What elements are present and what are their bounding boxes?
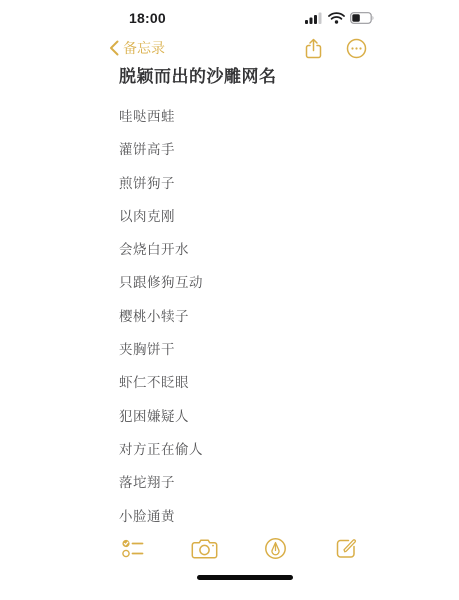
compose-button[interactable] [332, 534, 362, 562]
note-line: 犯困嫌疑人 [119, 400, 379, 433]
note-title: 脱颖而出的沙雕网名 [119, 62, 277, 87]
note-line: 樱桃小犊子 [119, 300, 379, 333]
share-button[interactable] [298, 34, 328, 62]
checklist-icon [121, 538, 146, 559]
chevron-left-icon [109, 40, 119, 56]
nav-actions [298, 34, 385, 62]
status-time: 18:00 [95, 10, 166, 26]
wifi-icon [328, 12, 345, 24]
status-bar: 18:00 [95, 7, 385, 29]
note-line: 煎饼狗子 [119, 167, 379, 200]
note-body[interactable]: 哇哒西蛙 灌饼高手 煎饼狗子 以肉克刚 会烧白开水 只跟修狗互动 樱桃小犊子 夹… [119, 100, 379, 533]
note-line: 落坨翔子 [119, 466, 379, 499]
nav-bar: 备忘录 [95, 35, 385, 61]
bottom-toolbar [95, 534, 385, 562]
note-line: 小脸通黄 [119, 500, 379, 533]
note-line: 只跟修狗互动 [119, 266, 379, 299]
back-button[interactable]: 备忘录 [95, 38, 165, 58]
note-line: 会烧白开水 [119, 233, 379, 266]
status-icons [305, 12, 385, 24]
camera-icon [191, 538, 218, 559]
battery-icon [350, 12, 375, 24]
home-indicator[interactable] [197, 575, 293, 580]
notes-app-screen: 18:00 [0, 0, 459, 600]
camera-button[interactable] [189, 534, 219, 562]
note-line: 虾仁不眨眼 [119, 366, 379, 399]
back-button-label: 备忘录 [123, 38, 165, 58]
note-line: 对方正在偷人 [119, 433, 379, 466]
note-line: 夹胸饼干 [119, 333, 379, 366]
markup-button[interactable] [261, 534, 291, 562]
compose-icon [335, 537, 358, 560]
cellular-signal-icon [305, 12, 323, 24]
checklist-button[interactable] [118, 534, 148, 562]
note-line: 哇哒西蛙 [119, 100, 379, 133]
note-line: 灌饼高手 [119, 133, 379, 166]
note-line: 以肉克刚 [119, 200, 379, 233]
more-options-button[interactable] [341, 34, 371, 62]
markup-pen-icon [264, 537, 287, 560]
